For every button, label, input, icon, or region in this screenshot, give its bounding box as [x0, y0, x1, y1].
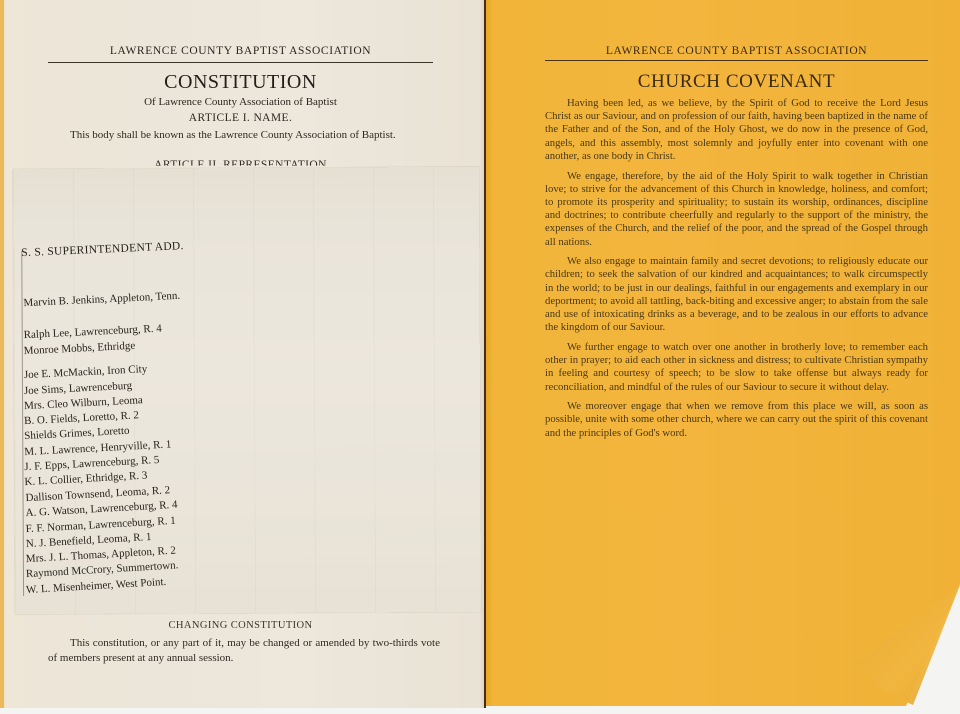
address-entry: Joe E. McMackin, Iron City: [24, 363, 148, 381]
article-1-heading: ARTICLE I. NAME.: [48, 112, 433, 124]
covenant-title: CHURCH COVENANT: [545, 71, 928, 93]
changing-constitution-heading: CHANGING CONSTITUTION: [48, 620, 433, 629]
constitution-title: CONSTITUTION: [48, 71, 433, 94]
covenant-paragraph: We moreover engage that when we remove f…: [545, 400, 928, 440]
address-entry: Marvin B. Jenkins, Appleton, Tenn.: [23, 290, 180, 309]
right-header-rule: [545, 60, 928, 61]
article-1-text: This body shall be known as the Lawrence…: [48, 128, 433, 143]
left-header-rule: [48, 62, 433, 63]
covenant-paragraph: We further engage to watch over one anot…: [545, 341, 928, 394]
changing-constitution-heading-text: CHANGING CONSTITUTION: [168, 620, 312, 629]
constitution-subtitle: Of Lawrence County Association of Baptis…: [48, 96, 433, 108]
address-entry: Shields Grimes, Loretto: [24, 425, 130, 442]
covenant-paragraph: Having been led, as we believe, by the S…: [545, 97, 928, 163]
amendment-text: This constitution, or any part of it, ma…: [48, 636, 440, 666]
covenant-paragraph: We engage, therefore, by the aid of the …: [545, 170, 928, 249]
covenant-paragraph: We also engage to maintain family and se…: [545, 255, 928, 334]
right-running-head: LAWRENCE COUNTY BAPTIST ASSOCIATION: [545, 45, 928, 57]
left-running-head: LAWRENCE COUNTY BAPTIST ASSOCIATION: [48, 45, 433, 57]
address-entry: Ralph Lee, Lawrenceburg, R. 4: [23, 323, 162, 342]
slip-heading: S. S. SUPERINTENDENT ADD.: [21, 240, 184, 259]
address-entry: Monroe Mobbs, Ethridge: [23, 340, 135, 357]
pasted-superintendent-slip: S. S. SUPERINTENDENT ADD. Marvin B. Jenk…: [13, 167, 481, 614]
covenant-body: Having been led, as we believe, by the S…: [545, 97, 928, 446]
address-entry: K. L. Collier, Ethridge, R. 3: [24, 470, 147, 489]
